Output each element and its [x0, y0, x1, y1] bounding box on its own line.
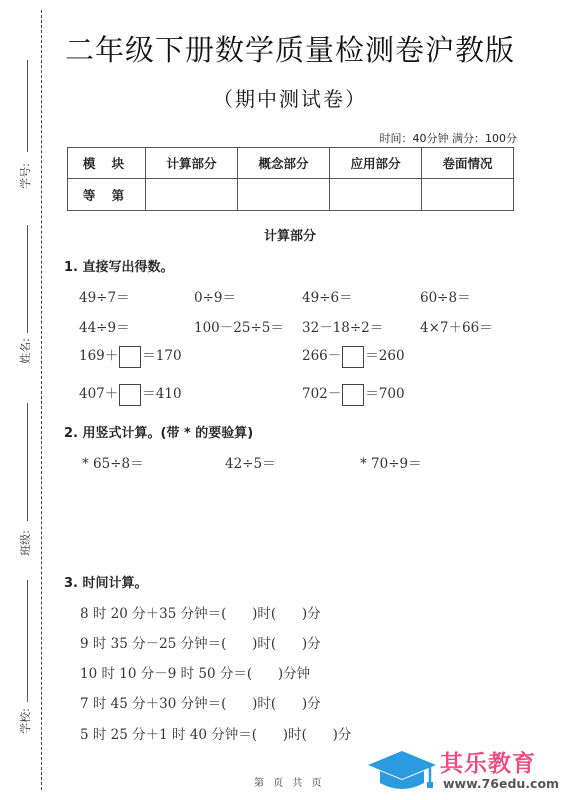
answer-box[interactable] — [342, 346, 364, 368]
expression-right: ＝260 — [365, 348, 404, 364]
expression: * 70÷9＝ — [360, 452, 422, 472]
answer-box[interactable] — [342, 384, 364, 406]
fill-blank-expression: 266－＝260 — [302, 344, 405, 368]
score-table-header-row: 模 块 计算部分 概念部分 应用部分 卷面情况 — [68, 148, 514, 179]
expression-left: 169＋ — [79, 348, 118, 364]
expression: 42÷5＝ — [225, 452, 276, 472]
fill-blank-expression: 702－＝700 — [302, 382, 405, 406]
expression: 49÷7＝ — [79, 286, 130, 306]
table-cell: 计算部分 — [146, 148, 238, 179]
student-number-line — [27, 60, 28, 152]
table-cell: 卷面情况 — [422, 148, 514, 179]
answer-box[interactable] — [119, 346, 141, 368]
expression: 44÷9＝ — [79, 316, 130, 336]
expression: 0÷9＝ — [194, 286, 236, 306]
question-2-title: 2. 用竖式计算。(带 * 的要验算) — [64, 422, 253, 441]
brand-url: www.76edu.com — [443, 776, 559, 791]
time-expression: 9 时 35 分－25 分钟＝( )时( )分 — [80, 632, 321, 652]
class-line — [27, 403, 28, 521]
name-line — [27, 225, 28, 333]
grade-cell-neatness[interactable] — [422, 179, 514, 211]
answer-box[interactable] — [119, 384, 141, 406]
name-label: 姓名: — [17, 336, 33, 366]
score-table-grade-row: 等 第 — [68, 179, 514, 211]
expression-right: ＝170 — [142, 348, 181, 364]
table-cell: 概念部分 — [238, 148, 330, 179]
expression-right: ＝700 — [365, 386, 404, 402]
page-subtitle: （期中测试卷） — [60, 83, 520, 112]
grade-cell-concept[interactable] — [238, 179, 330, 211]
expression: * 65÷8＝ — [82, 452, 144, 472]
fill-blank-expression: 169＋＝170 — [79, 344, 182, 368]
grade-cell-calc[interactable] — [146, 179, 238, 211]
expression: 32－18÷2＝ — [302, 316, 383, 336]
brand-logo: 其乐教育 www.76edu.com — [365, 743, 565, 800]
student-number-label: 学号: — [17, 161, 33, 191]
page-number: 第 页 共 页 — [254, 774, 325, 789]
binding-dashed-line — [41, 10, 42, 790]
page-title: 二年级下册数学质量检测卷沪教版 — [60, 28, 520, 69]
expression-right: ＝410 — [142, 386, 181, 402]
question-3-title: 3. 时间计算。 — [64, 572, 148, 591]
school-line — [27, 580, 28, 702]
class-label: 班级: — [17, 528, 33, 558]
expression-left: 266－ — [302, 348, 341, 364]
score-table: 模 块 计算部分 概念部分 应用部分 卷面情况 等 第 — [67, 147, 514, 211]
table-cell: 等 第 — [68, 179, 146, 211]
time-expression: 5 时 25 分＋1 时 40 分钟＝( )时( )分 — [80, 723, 351, 743]
table-cell: 模 块 — [68, 148, 146, 179]
school-label: 学校: — [17, 706, 33, 736]
expression: 4×7＋66＝ — [420, 316, 493, 336]
expression-left: 407＋ — [79, 386, 118, 402]
section-title: 计算部分 — [60, 225, 520, 244]
exam-meta: 时间：40分钟 满分：100分 — [380, 130, 518, 146]
expression-left: 702－ — [302, 386, 341, 402]
fill-blank-expression: 407＋＝410 — [79, 382, 182, 406]
time-expression: 10 时 10 分－9 时 50 分＝( )分钟 — [80, 662, 310, 682]
time-expression: 8 时 20 分＋35 分钟＝( )时( )分 — [80, 602, 321, 622]
expression: 49÷6＝ — [302, 286, 353, 306]
time-expression: 7 时 45 分＋30 分钟＝( )时( )分 — [80, 692, 321, 712]
graduation-cap-icon — [368, 749, 440, 793]
grade-cell-application[interactable] — [330, 179, 422, 211]
brand-name: 其乐教育 — [440, 745, 536, 778]
expression: 60÷8＝ — [420, 286, 471, 306]
table-cell: 应用部分 — [330, 148, 422, 179]
expression: 100－25÷5＝ — [194, 316, 284, 336]
question-1-title: 1. 直接写出得数。 — [64, 256, 174, 275]
